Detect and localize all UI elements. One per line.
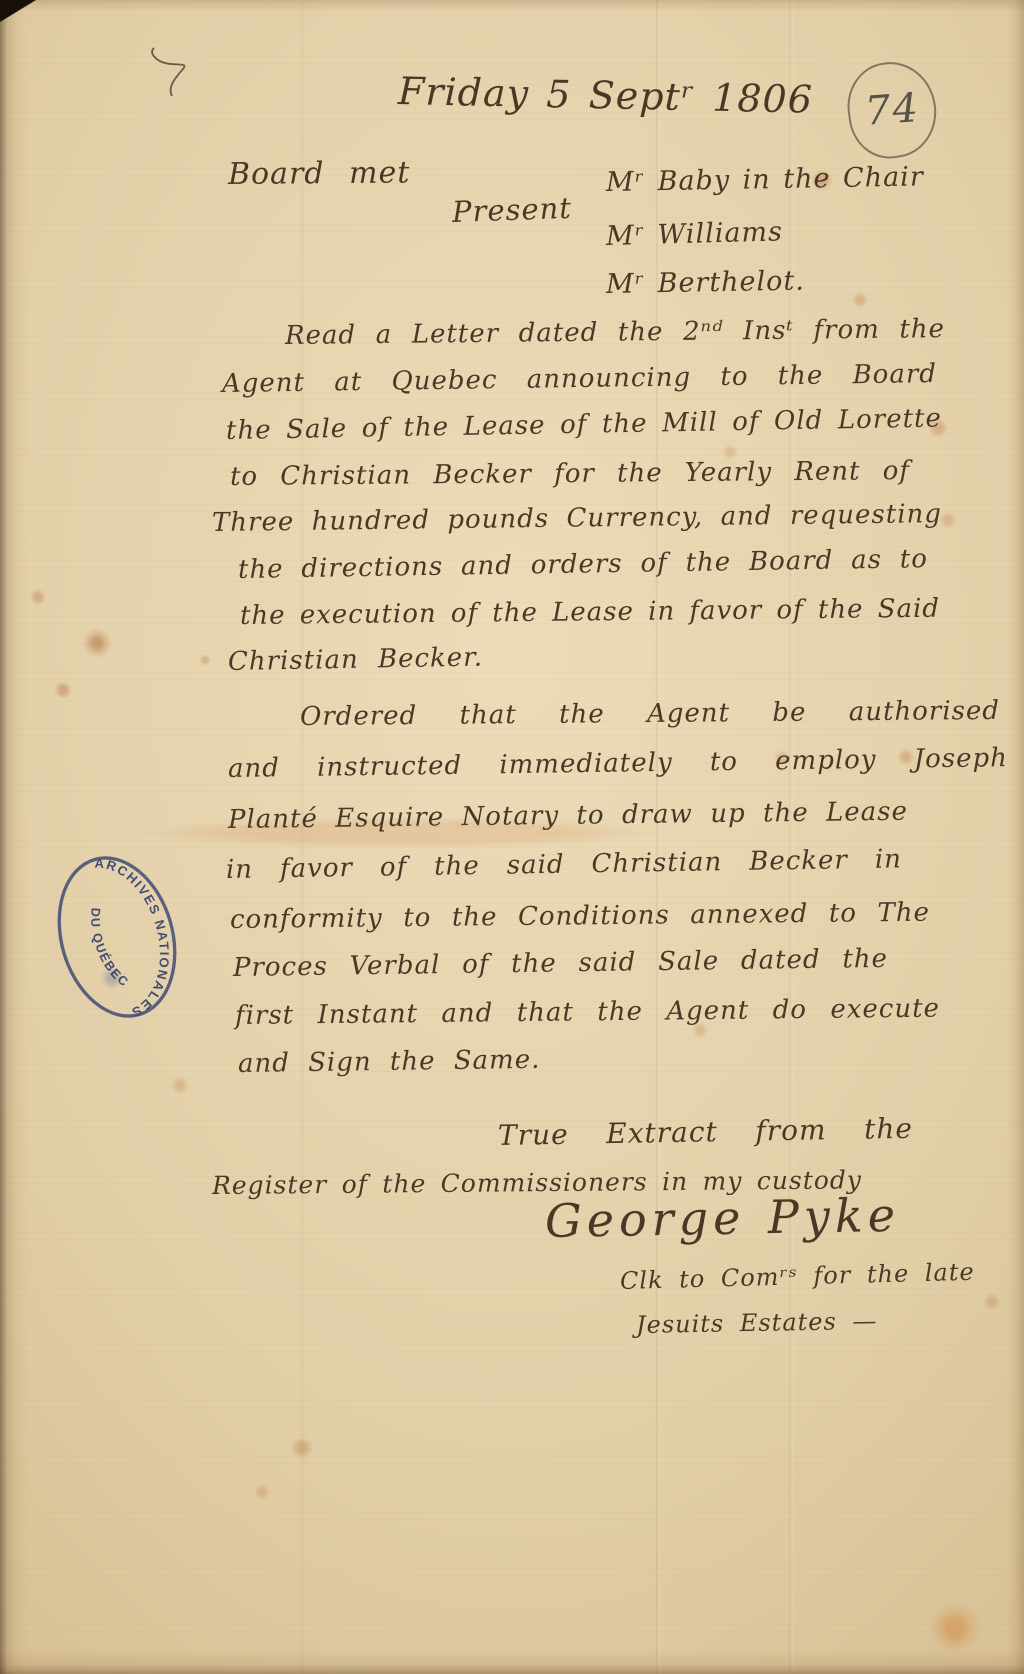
manuscript-line: Agent at Quebec announcing to the Board xyxy=(222,360,937,399)
clerk-title-line: Clk to Comʳˢ for the late xyxy=(620,1259,975,1295)
manuscript-line: the execution of the Lease in favor of t… xyxy=(240,595,940,631)
attendee-line: Mʳ Baby in the Chair xyxy=(606,162,924,198)
attendee-line: Mʳ Williams xyxy=(606,217,784,252)
manuscript-line: in favor of the said Christian Becker in xyxy=(226,845,902,885)
manuscript-line: conformity to the Conditions annexed to … xyxy=(230,899,930,935)
manuscript-line: Three hundred pounds Currency, and reque… xyxy=(212,500,942,538)
stamp-text-bottom: DU QUÉBEC xyxy=(82,901,134,995)
scan-corner-artifact xyxy=(0,0,36,22)
manuscript-page: Friday 5 Septʳ 1806 74 Board met Present… xyxy=(0,0,1024,1674)
present-label: Present xyxy=(451,192,572,229)
attendee-line: Mʳ Berthelot. xyxy=(606,267,805,301)
svg-text:DU QUÉBEC: DU QUÉBEC xyxy=(82,901,134,995)
manuscript-line: and instructed immediately to employ Jos… xyxy=(228,744,1008,784)
board-met-line: Board met xyxy=(228,156,411,191)
manuscript-line: Proces Verbal of the said Sale dated the xyxy=(233,945,888,983)
ink-squiggle-mark xyxy=(140,40,210,100)
manuscript-line: Ordered that the Agent be authorised xyxy=(300,697,1000,732)
clerk-title-line: Jesuits Estates — xyxy=(636,1308,878,1339)
manuscript-line: the directions and orders of the Board a… xyxy=(238,545,928,585)
manuscript-line: Planté Esquire Notary to draw up the Lea… xyxy=(228,798,908,835)
page-number-circle: 74 xyxy=(842,56,943,163)
manuscript-line: Christian Becker. xyxy=(228,644,484,678)
signature-george-pyke: George Pyke xyxy=(545,1190,901,1248)
page-number: 74 xyxy=(863,85,921,135)
archives-stamp: ARCHIVES NATIONALES DU QUÉBEC xyxy=(32,835,202,1039)
manuscript-line: Read a Letter dated the 2ⁿᵈ Insᵗ from th… xyxy=(285,315,945,351)
manuscript-line: the Sale of the Lease of the Mill of Old… xyxy=(226,405,942,447)
manuscript-line: to Christian Becker for the Yearly Rent … xyxy=(230,457,910,492)
true-extract-line: True Extract from the xyxy=(498,1113,913,1152)
manuscript-line: first Instant and that the Agent do exec… xyxy=(235,995,940,1031)
manuscript-line: and Sign the Same. xyxy=(238,1046,541,1079)
date-heading: Friday 5 Septʳ 1806 xyxy=(398,70,814,121)
